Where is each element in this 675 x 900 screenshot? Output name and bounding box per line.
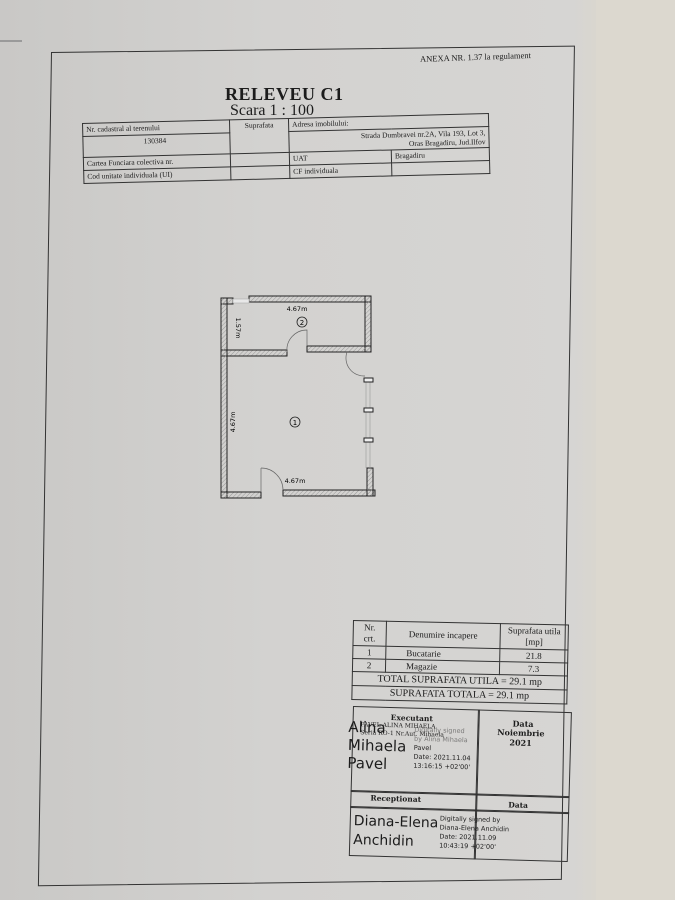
digital-sig-line: by Alina Mihaela [414, 735, 471, 746]
executant-name-line: Mihaela [348, 736, 407, 756]
cf-individual-value [392, 161, 490, 176]
header-nr: Nr. crt. [353, 621, 387, 647]
floor-plan: 2 1 4.67m 1.57m 4.67m 4.67m [215, 290, 385, 505]
ui-value [231, 165, 290, 179]
signature-block: Executant PAVEL ALINA MIHAELA Seria RO-1… [349, 706, 571, 852]
receptionat-name-line: Anchidin [353, 831, 438, 852]
cf-individual-label: CF individuala [290, 163, 392, 178]
date-value: Noiembrie 2021 [497, 727, 545, 748]
header-area: Suprafata utila [mp] [500, 624, 569, 650]
room-1-marker: 1 [293, 419, 297, 427]
date-year: 2021 [497, 737, 544, 748]
digital-sig-line: 13:16:15 +02'00' [413, 762, 470, 773]
room-2-height-label: 1.57m [234, 318, 242, 339]
receptionat-name-line: Diana-Elena [354, 812, 439, 833]
receptionat-label: Receptionat [370, 794, 421, 804]
room-2-width-label: 4.67m [287, 305, 308, 313]
receptionat-signature-name: Diana-Elena Anchidin [353, 812, 439, 852]
property-info-table: Nr. cadastral al terenului Suprafata Adr… [82, 113, 490, 184]
row-nr: 1 [353, 646, 386, 660]
receptionat-digital-signature: Digitally signed by Diana-Elena Anchidin… [439, 814, 509, 852]
executant-digital-signature: Digitally signed by Alina Mihaela Pavel … [413, 726, 471, 773]
header-name: Denumire incapere [386, 621, 500, 648]
executant-signature-name: Alina Mihaela Pavel [347, 718, 407, 774]
row-nr: 2 [352, 659, 385, 673]
room-2-marker: 2 [300, 319, 304, 327]
receptionat-date-label: Data [508, 800, 528, 810]
executant-name-line: Pavel [347, 754, 406, 774]
room-1-height-label: 4.67m [229, 412, 237, 433]
digital-sig-line: 10:43:19 +02'00' [439, 841, 509, 852]
background-surface [596, 0, 675, 900]
rooms-table: Nr. crt. Denumire incapere Suprafata uti… [351, 620, 569, 705]
executant-name-line: Alina [348, 718, 407, 738]
background-mark [0, 40, 22, 42]
surface-label: Suprafata [229, 118, 289, 153]
room-1-width-label: 4.67m [285, 477, 306, 485]
date-month: Noiembrie [497, 727, 544, 738]
